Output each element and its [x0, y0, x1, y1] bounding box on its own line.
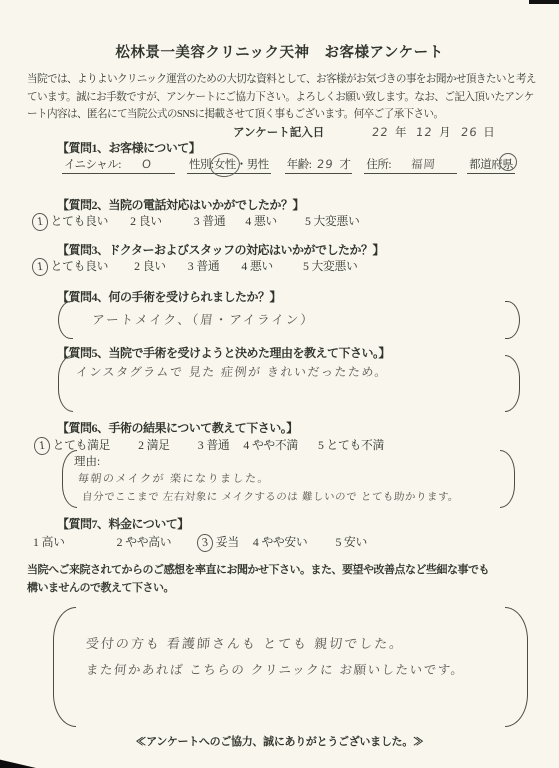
q3-option-4-label: 悪い [250, 257, 273, 274]
q3-option-4-number: 4 [241, 259, 247, 274]
q5-bracket-right-icon [505, 355, 520, 412]
q7-option-4-number: 4 [253, 535, 259, 550]
q6-option-4: 4やや不満 [243, 436, 298, 453]
age-field: 年齢: 29 才 [285, 156, 353, 174]
q5-heading: 【質問5、当院で手術を受けようと決めた理由を教えて下さい。】 [57, 344, 390, 361]
comment-bracket-right-icon [505, 607, 528, 727]
q2-heading: 【質問2、当院の電話対応はいかがでしたか？】 [57, 196, 304, 213]
q3-option-5-number: 5 [303, 259, 309, 274]
q7-option-1-label: 高い [42, 533, 65, 550]
q2-option-5-number: 5 [305, 214, 311, 229]
q7-option-5-number: 5 [335, 535, 341, 550]
q2-option-2-number: 2 [130, 214, 136, 229]
q4-answer-handwriting: アートメイク、（眉・アイライン） [91, 310, 315, 328]
q7-option-5: 5安い [335, 533, 367, 550]
q7-option-5-label: 安い [344, 533, 367, 550]
date-label: アンケート記入日 [233, 124, 324, 140]
q7-option-1: 1高い [33, 533, 65, 550]
q5-bracket-left-icon [58, 355, 73, 412]
q2-option-2: 2良い [130, 212, 162, 229]
gender-option-male: 男性 [247, 156, 269, 172]
q2-option-4-label: 悪い [254, 212, 277, 229]
q3-option-1-number: 1 [31, 257, 48, 277]
q2-option-3: 3普通 [194, 212, 226, 229]
date-month-value: 12 [416, 125, 434, 139]
q3-options: 1とても良い 2良い 3普通 4悪い 5大変悪い [36, 257, 358, 276]
date-line: アンケート記入日 22 年 12 月 26 日 [233, 124, 505, 140]
q7-option-2: 2やや高い [117, 533, 172, 550]
q6-option-5-number: 5 [318, 438, 324, 453]
initial-label: イニシャル: [64, 156, 121, 172]
q7-option-4-label: やや安い [261, 533, 307, 550]
q3-option-2-number: 2 [134, 259, 140, 274]
q3-option-3: 3普通 [188, 257, 220, 274]
q4-bracket-right-icon [505, 301, 520, 339]
q2-option-3-number: 3 [194, 214, 200, 229]
address-label: 住所: [366, 156, 391, 172]
q6-option-2-number: 2 [138, 438, 144, 453]
q6-option-3-label: 普通 [206, 436, 229, 453]
q2-option-1-number: 1 [31, 212, 48, 232]
q2-options: 1とても良い 2良い 3普通 4悪い 5大変悪い [36, 212, 360, 231]
initial-value: O [141, 157, 152, 171]
q4-heading: 【質問4、何の手術を受けられましたか？】 [57, 288, 281, 305]
age-unit: 才 [339, 156, 350, 172]
comment-line-2: また何かあれば こちらの クリニックに お願いしたいです。 [85, 660, 465, 678]
q3-option-5: 5大変悪い [303, 257, 358, 274]
q6-reason-bracket-right-icon [500, 450, 515, 508]
prefecture-text: 都道府 [469, 156, 502, 172]
q3-option-2: 2良い [134, 257, 166, 274]
prefecture-selection-circle [499, 153, 517, 171]
q6-heading: 【質問6、手術の結果について教えて下さい。】 [57, 419, 298, 436]
scan-artifact-bottom-left [0, 756, 36, 768]
q6-reason-line-2: 自分でここまで 左右対象に メイクするのは 難しいので とても助かります。 [81, 489, 459, 504]
address-value: 福岡 [410, 156, 436, 172]
q7-option-3-number: 3 [196, 533, 213, 553]
q6-option-5: 5とても不満 [318, 436, 384, 453]
comment-line-1: 受付の方も 看護師さんも とても 親切でした。 [85, 633, 405, 652]
q3-option-5-label: 大変悪い [312, 257, 358, 274]
feedback-prompt: 当院へご来院されてからのご感想を率直にお聞かせ下さい。また、要望や改善点など些細… [27, 561, 543, 597]
q6-reason-line-1: 毎朝のメイクが 楽になりました。 [77, 470, 270, 486]
q2-option-3-label: 普通 [202, 212, 225, 229]
prefecture-circled-char: 県 [502, 156, 513, 172]
initial-field: イニシャル: O [62, 156, 175, 174]
date-month-unit: 月 [439, 124, 451, 140]
age-value: 29 [316, 157, 334, 171]
q6-option-4-label: やや不満 [252, 436, 298, 453]
date-day-value: 26 [460, 125, 478, 139]
q3-option-2-label: 良い [143, 257, 166, 274]
q5-answer-handwriting: インスタグラムで 見た 症例が きれいだったため。 [75, 363, 388, 380]
comment-bracket-left-icon [53, 607, 76, 727]
q2-option-5-label: 大変悪い [314, 212, 360, 229]
gender-field: 性別: 女性 ・男性 [187, 156, 271, 174]
feedback-prompt-line-1: 当院へご来院されてからのご感想を率直にお聞かせ下さい。また、要望や改善点など些細… [27, 561, 543, 579]
q2-option-5: 5大変悪い [305, 212, 360, 229]
q7-option-2-number: 2 [117, 535, 123, 550]
q2-option-1: 1とても良い [36, 212, 108, 231]
q3-option-1-label: とても良い [51, 257, 109, 274]
q1-fields: イニシャル: O 性別: 女性 ・男性 年齢: 29 才 住所: 福岡 都道府 … [62, 156, 515, 174]
q7-option-4: 4やや安い [253, 533, 308, 550]
q3-option-1: 1とても良い [36, 257, 108, 276]
date-day-unit: 日 [483, 124, 495, 140]
q2-option-4: 4悪い [245, 212, 277, 229]
q6-option-2-label: 満足 [147, 436, 170, 453]
q6-option-2: 2満足 [138, 436, 170, 453]
q2-option-2-label: 良い [139, 212, 162, 229]
date-year-unit: 年 [395, 124, 407, 140]
q6-option-3-number: 3 [198, 438, 204, 453]
q6-reason-label: 理由: [74, 453, 100, 469]
q2-option-1-label: とても良い [51, 212, 109, 229]
gender-option-female: 女性 [214, 156, 236, 172]
q6-option-3: 3普通 [198, 436, 230, 453]
q3-option-4: 4悪い [241, 257, 273, 274]
survey-scan-page: 松林景一美容クリニック天神 お客様アンケート 当院では、よりよいクリニック運営の… [0, 0, 559, 768]
q7-option-1-number: 1 [33, 535, 39, 550]
address-prefecture-suffix: 都道府 県 [467, 156, 515, 174]
q6-option-4-number: 4 [243, 438, 249, 453]
q6-option-5-label: とても不満 [327, 436, 385, 453]
q4-bracket-left-icon [58, 301, 73, 339]
q7-options: 1高い 2やや高い 3妥当 4やや安い 5安い [33, 533, 367, 552]
intro-paragraph: 当院では、よりよいクリニック運営のための大切な資料として、お客様がお気づきの事を… [27, 71, 539, 124]
q7-heading: 【質問7、料金について】 [57, 515, 189, 532]
q6-option-1-label: とても満足 [53, 436, 111, 453]
q7-option-3: 3妥当 [201, 533, 239, 552]
q3-heading: 【質問3、ドクターおよびスタッフの対応はいかがでしたか？】 [57, 241, 384, 258]
feedback-prompt-line-2: 構いませんので教えて下さい。 [27, 579, 543, 597]
footer-thanks: ≪アンケートへのご協力、誠にありがとうございました。≫ [0, 733, 559, 749]
q3-option-3-label: 普通 [196, 257, 219, 274]
q7-option-2-label: やや高い [125, 533, 171, 550]
q3-option-3-number: 3 [188, 259, 194, 274]
date-year-value: 22 [372, 125, 390, 139]
address-field: 住所: 福岡 [364, 156, 457, 174]
age-label: 年齢: [287, 156, 312, 172]
scan-artifact-top-right [529, 0, 559, 4]
q6-option-1-number: 1 [33, 436, 50, 456]
q1-heading: 【質問1、お客様について】 [57, 139, 200, 156]
page-title: 松林景一美容クリニック天神 お客様アンケート [0, 41, 559, 62]
q7-option-3-label: 妥当 [216, 533, 239, 550]
q2-option-4-number: 4 [245, 214, 251, 229]
